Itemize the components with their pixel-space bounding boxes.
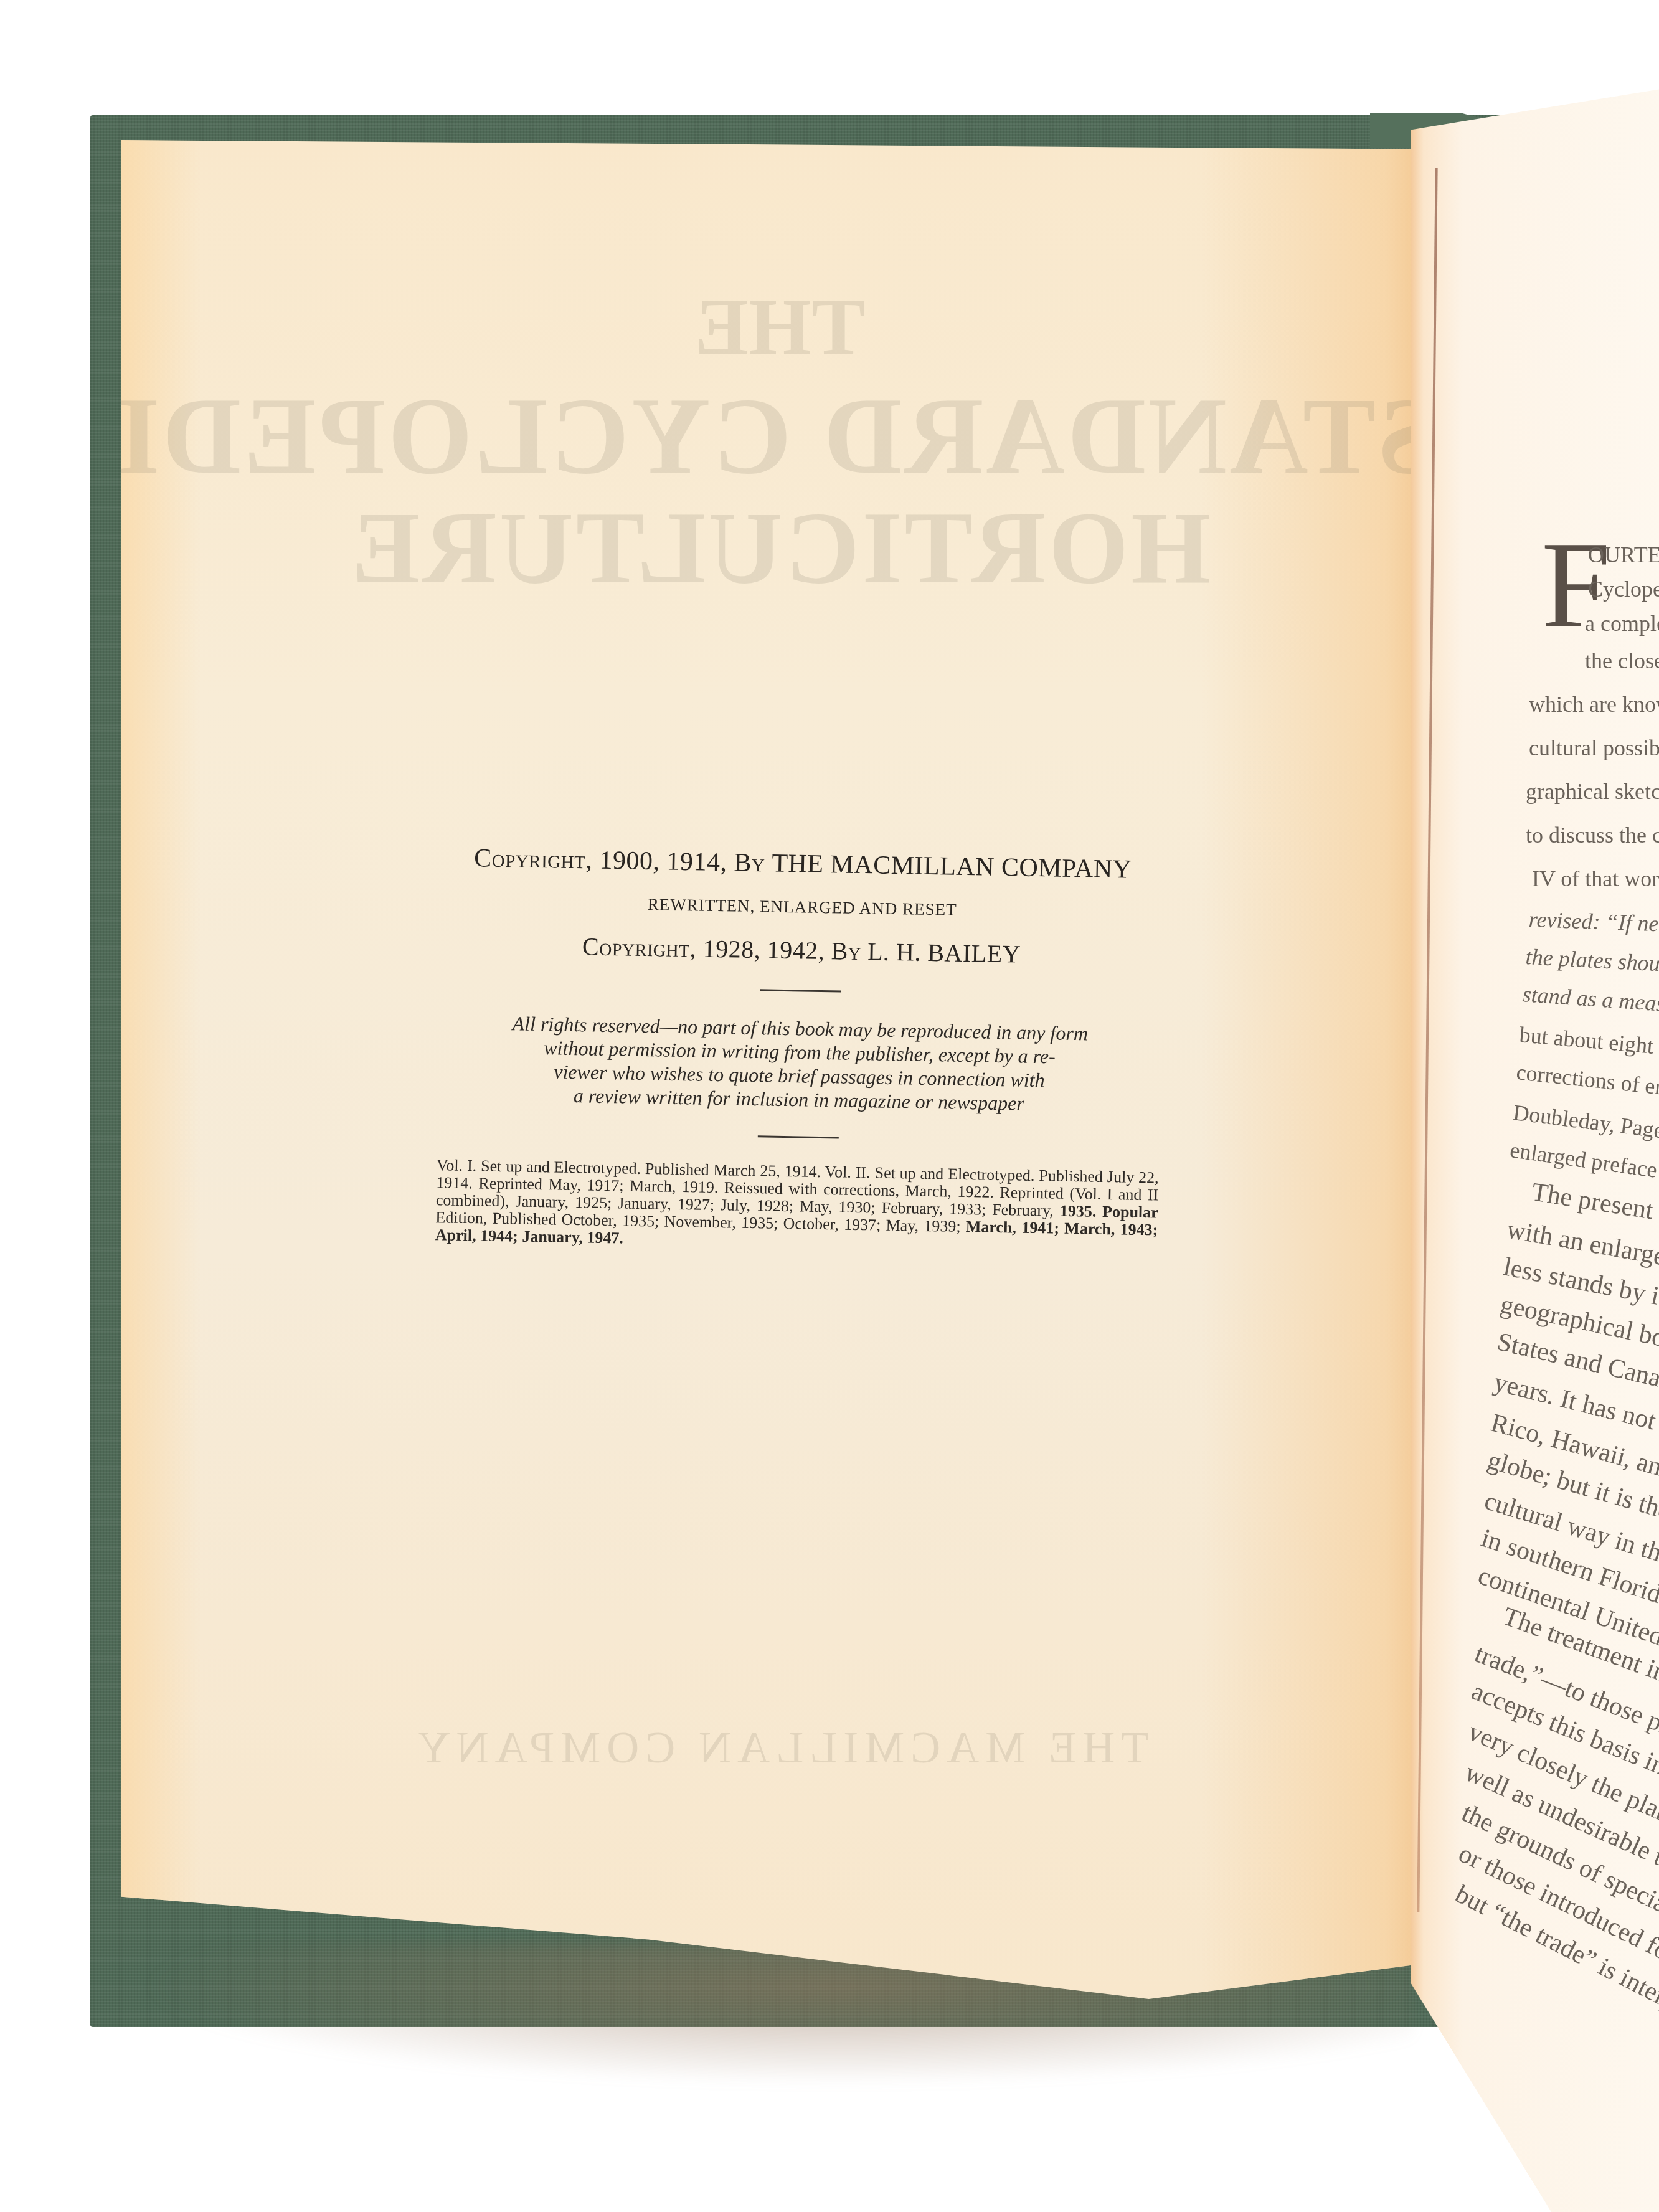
preface-line: Cyclopedia [1588, 576, 1659, 602]
printing-history: Vol. I. Set up and Electrotyped. Publish… [435, 1156, 1159, 1256]
preface-line: IV of that work the [1532, 866, 1659, 892]
preface-line: graphical sketches of [1526, 778, 1659, 805]
preface-line: to discuss the cultivat [1526, 822, 1659, 848]
copyright-years: 1900, 1914, [599, 846, 734, 877]
divider-rule [760, 989, 841, 992]
copyright-by: By [831, 937, 867, 965]
copyright-holder: THE MACMILLAN COMPANY [772, 849, 1132, 884]
edition-note: REWRITTEN, ENLARGED AND RESET [323, 889, 1282, 925]
copyright-holder: L. H. BAILEY [867, 937, 1021, 968]
preface-line: OURTEEN [1588, 542, 1659, 568]
copyright-bailey: Copyright, 1928, 1942, By L. H. BAILEY [322, 927, 1282, 973]
preface-line: which are known to b [1529, 691, 1659, 717]
copyright-years: 1928, 1942, [702, 935, 831, 965]
copyright-label: Copyright, [582, 932, 704, 962]
copyright-label: Copyright, [474, 844, 600, 875]
copyright-block: Copyright, 1900, 1914, By THE MACMILLAN … [317, 841, 1283, 1259]
show-through-title-line-3: HORTICULTURE [121, 489, 1439, 607]
preface-line: cultural possibilities o [1529, 735, 1659, 761]
rights-statement: All rights reserved—no part of this book… [435, 1010, 1165, 1117]
copyright-by: By [734, 848, 772, 877]
show-through-title-line-1: THE [121, 280, 1439, 374]
show-through-title-line-2: STANDARD CYCLOPEDIA OF [121, 374, 1439, 499]
show-through-publisher: THE MACMILLAN COMPANY [121, 1722, 1439, 1774]
preface-line: a complete r [1585, 610, 1659, 636]
divider-rule [758, 1135, 839, 1138]
printing-history-bold: 1935. Popular [1060, 1202, 1158, 1222]
preface-line: the close of t [1585, 648, 1659, 674]
